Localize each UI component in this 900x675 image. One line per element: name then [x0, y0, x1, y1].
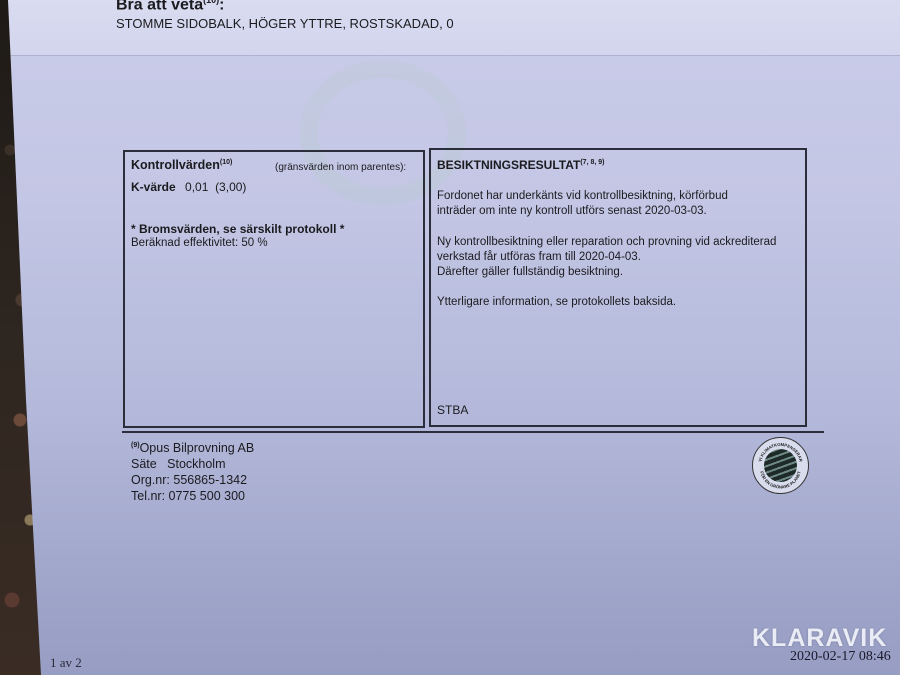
limit-note: (gränsvärden inom parentes):	[275, 162, 406, 173]
climate-compensation-badge: VI KLIMATKOMPENSERAR FÖR EN GRÖNARE PLAN…	[752, 437, 809, 494]
company-name: (9)Opus Bilprovning AB	[131, 438, 254, 456]
info-heading: Bra att veta(10):	[116, 0, 225, 14]
svg-text:VI KLIMATKOMPENSERAR: VI KLIMATKOMPENSERAR	[757, 442, 803, 462]
result-line: inträder om inte ny kontroll utförs sena…	[437, 205, 707, 217]
svg-text:FÖR EN GRÖNARE PLANET: FÖR EN GRÖNARE PLANET	[759, 470, 801, 489]
besiktningsresultat-title: BESIKTNINGSRESULTAT(7, 8, 9)	[437, 158, 604, 172]
result-line: Ytterligare information, se protokollets…	[437, 296, 676, 308]
company-seat: Säte Stockholm	[131, 456, 254, 472]
footer-separator	[122, 431, 824, 433]
photo-timestamp: 2020-02-17 08:46	[790, 649, 891, 665]
info-note: STOMME SIDOBALK, HÖGER YTTRE, ROSTSKADAD…	[116, 16, 454, 31]
k-value-row: K-värde 0,01 (3,00)	[131, 180, 246, 194]
result-line: verkstad får utföras fram till 2020-04-0…	[437, 251, 641, 263]
company-info: (9)Opus Bilprovning AB Säte Stockholm Or…	[131, 438, 254, 504]
brake-efficiency: Beräknad effektivitet: 50 %	[131, 237, 268, 249]
company-org-nr: Org.nr: 556865-1342	[131, 472, 254, 488]
inspection-protocol-page: Bra att veta(10): STOMME SIDOBALK, HÖGER…	[0, 0, 900, 675]
kontrollvarden-title: Kontrollvärden(10)	[131, 158, 232, 172]
page-number: 1 av 2	[50, 655, 82, 671]
k-value-limit: (3,00)	[215, 180, 246, 194]
result-line: Fordonet har underkänts vid kontrollbesi…	[437, 190, 728, 202]
paper-fold	[0, 55, 900, 56]
result-line: Därefter gäller fullständig besiktning.	[437, 266, 623, 278]
company-tel-nr: Tel.nr: 0775 500 300	[131, 488, 254, 504]
badge-ring-text: VI KLIMATKOMPENSERAR FÖR EN GRÖNARE PLAN…	[753, 438, 808, 493]
station-code: STBA	[437, 403, 468, 417]
result-line: Ny kontrollbesiktning eller reparation o…	[437, 236, 776, 248]
k-value: 0,01	[185, 180, 208, 194]
k-value-label: K-värde	[131, 180, 176, 194]
brake-heading: * Bromsvärden, se särskilt protokoll *	[131, 222, 344, 236]
